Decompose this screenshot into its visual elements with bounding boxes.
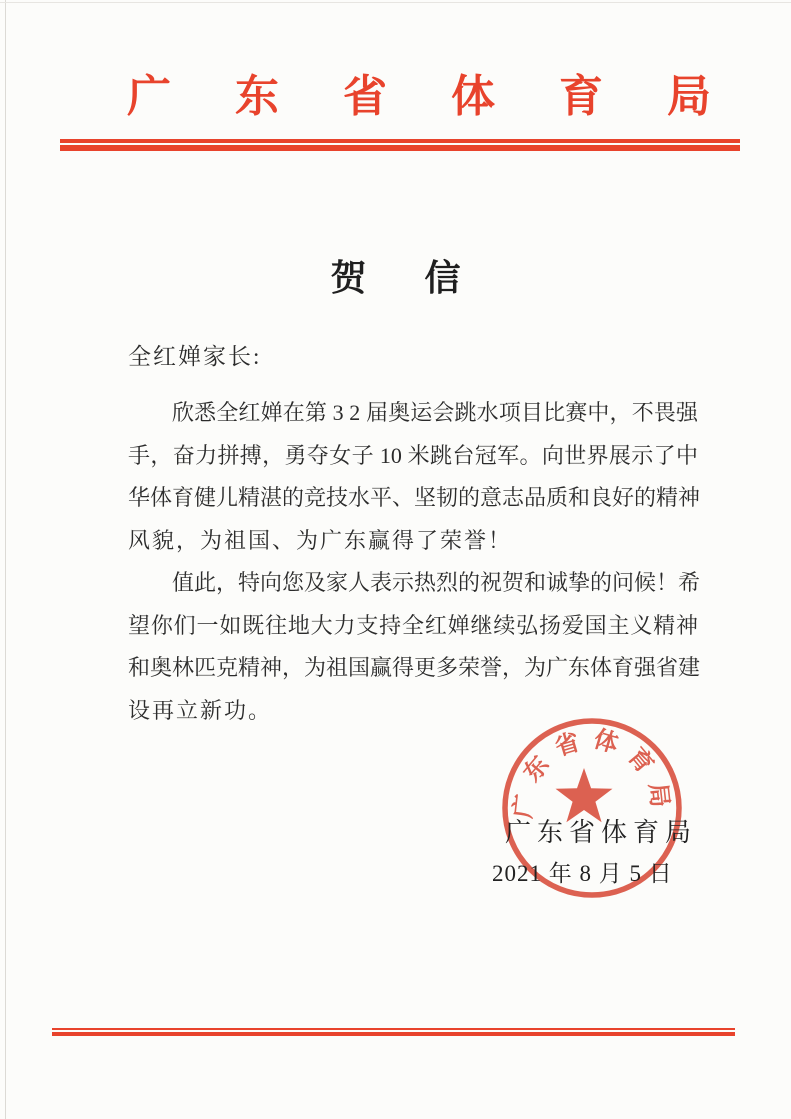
body-line: 手，奋力拼搏，勇夺女子 10 米跳台冠军。向世界展示了中 — [128, 439, 698, 482]
body-line: 风貌，为祖国、为广东赢得了荣誉！ — [128, 524, 698, 567]
footer-rule-thick — [52, 1032, 735, 1036]
body-line: 值此，特向您及家人表示热烈的祝贺和诚挚的问候！希 — [128, 566, 698, 609]
signature-org: 广东省体育局 — [505, 812, 697, 849]
header-rule-thick — [60, 145, 740, 151]
letter-body: 欣悉全红婵在第 3 2 届奥运会跳水项目比赛中，不畏强 手，奋力拼搏，勇夺女子 … — [128, 396, 698, 736]
salutation: 全红婵家长: — [128, 338, 261, 371]
body-line: 欣悉全红婵在第 3 2 届奥运会跳水项目比赛中，不畏强 — [128, 396, 698, 439]
letterhead-title: 广东省体育局 — [127, 74, 775, 120]
body-line: 望你们一如既往地大力支持全红婵继续弘扬爱国主义精神 — [128, 609, 698, 652]
header-double-rule — [60, 139, 740, 151]
document-title: 贺信 — [0, 250, 791, 301]
scanned-letter-page: 广东省体育局 贺信 全红婵家长: 欣悉全红婵在第 3 2 届奥运会跳水项目比赛中… — [0, 0, 791, 1119]
signature-date: 2021 年 8 月 5 日 — [492, 855, 673, 888]
footer-double-rule — [52, 1028, 735, 1036]
body-line: 和奥林匹克精神，为祖国赢得更多荣誉，为广东体育强省建 — [128, 651, 698, 694]
body-line: 华体育健儿精湛的竞技水平、坚韧的意志品质和良好的精神 — [128, 481, 698, 524]
